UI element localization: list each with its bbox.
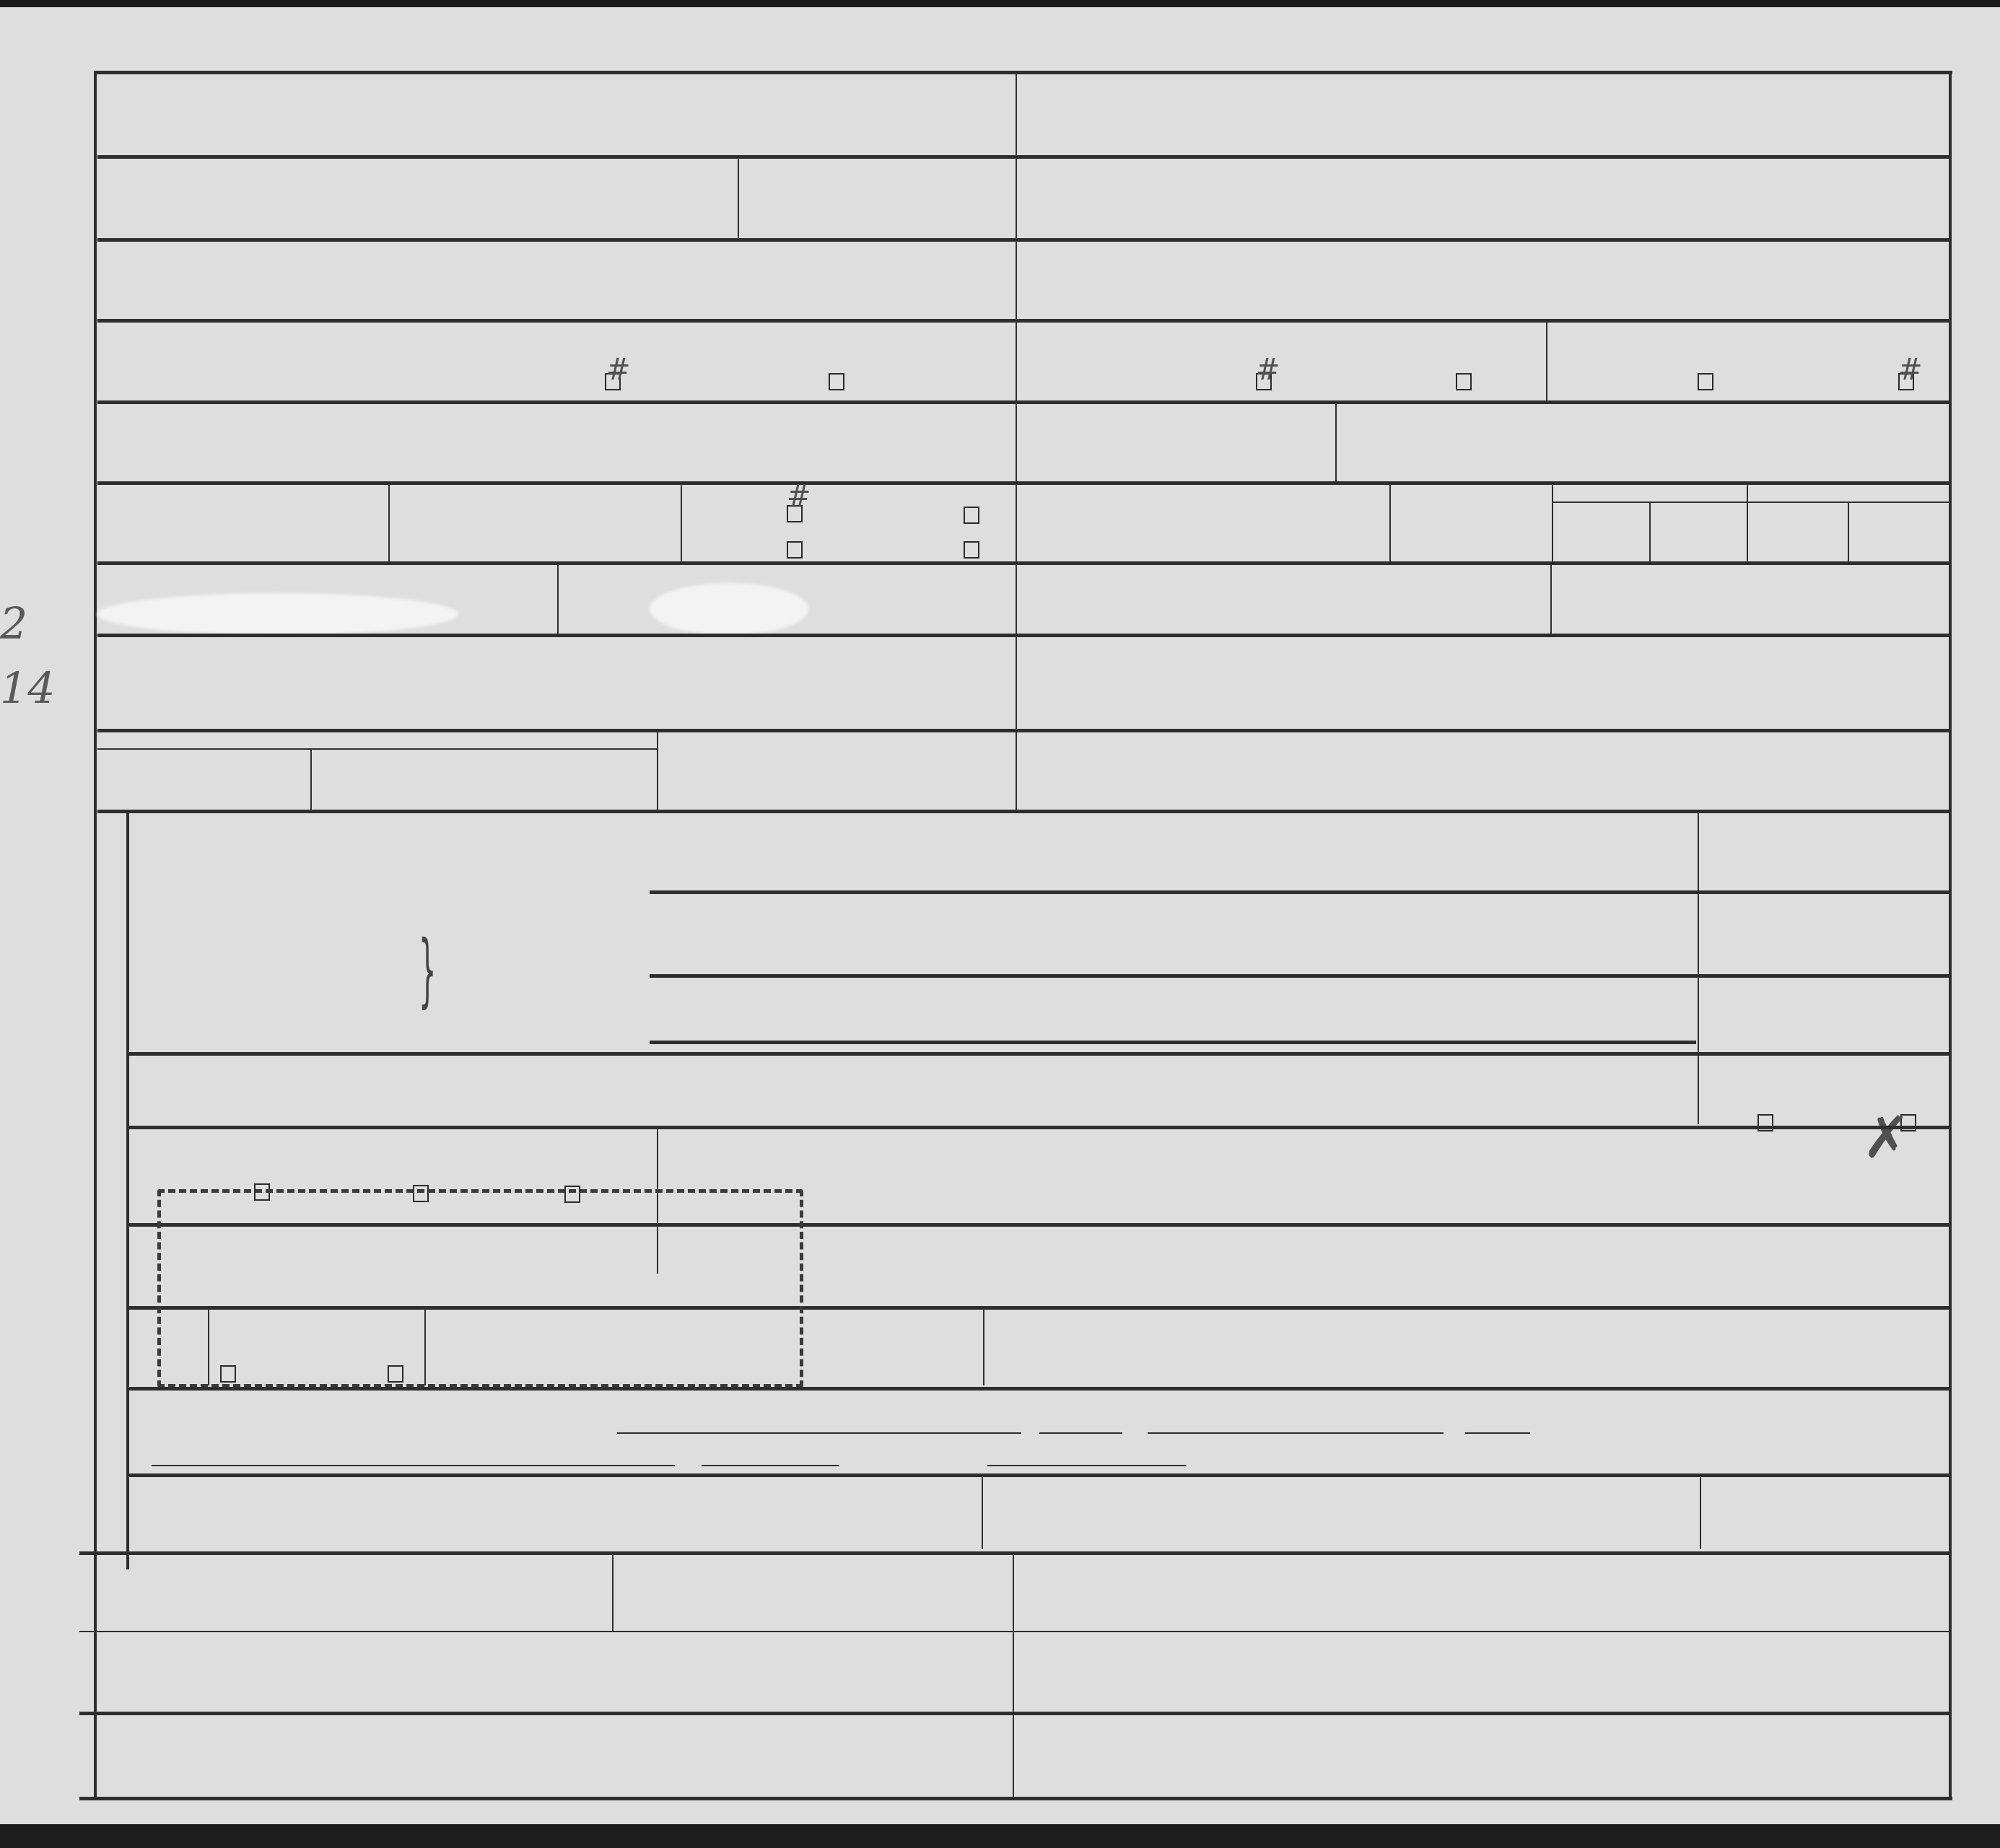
res-inside-yes-mark: #	[1256, 354, 1280, 387]
frame-right	[1949, 72, 1952, 1800]
farm-yes-checkbox[interactable]	[1698, 373, 1713, 390]
row-divider	[97, 810, 1949, 813]
row-divider	[97, 155, 1949, 159]
row-divider	[79, 1712, 1949, 1715]
cell-divider	[681, 482, 682, 563]
cell-divider	[1546, 320, 1547, 401]
on-line	[152, 1465, 675, 1466]
res-inside-no-checkbox[interactable]	[1456, 373, 1472, 390]
cause-a-line	[650, 890, 1949, 894]
column-divider	[1016, 71, 1017, 810]
to-line	[1148, 1432, 1444, 1434]
medical-section-border	[126, 812, 129, 1569]
cell-divider	[1552, 482, 1553, 563]
received-stamp	[157, 1189, 803, 1388]
frame-bottom	[79, 1797, 1952, 1800]
married-mark: #	[787, 480, 811, 513]
year-line	[702, 1465, 839, 1466]
row-divider	[97, 238, 1949, 242]
row-divider	[97, 561, 1949, 565]
cell-divider	[388, 482, 390, 563]
cell-divider	[657, 729, 658, 810]
pod-no-checkbox[interactable]	[829, 373, 844, 390]
cell-divider	[738, 157, 739, 238]
row-divider	[97, 481, 1949, 485]
row-divider	[128, 1126, 1949, 1129]
never-married-checkbox[interactable]	[964, 507, 979, 524]
cell-divider	[1013, 1553, 1014, 1798]
divorced-checkbox[interactable]	[964, 541, 979, 559]
interval-divider	[1698, 812, 1699, 1086]
scan-edge-bottom	[0, 1824, 2000, 1848]
margin-note-left: 2	[0, 599, 27, 649]
brace-icon: }	[419, 924, 437, 1016]
cell-divider	[1335, 401, 1337, 483]
margin-note-left-2: 14	[0, 664, 55, 714]
farm-no-mark: #	[1898, 354, 1923, 387]
cause-c-line	[650, 1041, 1696, 1044]
row-divider	[128, 1387, 1949, 1391]
row-divider	[97, 634, 1949, 637]
cell-divider	[1698, 1052, 1699, 1124]
cell-divider	[983, 1306, 984, 1385]
cell-divider	[1550, 563, 1552, 634]
frame-top	[94, 71, 1952, 74]
from-line	[617, 1432, 1021, 1434]
cell-divider	[1848, 502, 1849, 563]
pod-yes-mark: #	[606, 354, 631, 387]
cell-divider	[1389, 482, 1391, 563]
row-divider	[97, 729, 1949, 732]
year-line	[1039, 1432, 1122, 1434]
autopsy-no-mark: ✗	[1862, 1104, 1911, 1171]
cell-divider	[310, 749, 312, 810]
widowed-checkbox[interactable]	[787, 541, 803, 559]
row-divider	[128, 1052, 1949, 1056]
cell-divider	[1649, 502, 1651, 563]
row-divider	[128, 1473, 1949, 1477]
sub-divider	[97, 748, 657, 750]
correction-fluid	[97, 593, 458, 635]
cell-divider	[982, 1473, 983, 1549]
time-line	[987, 1465, 1186, 1466]
row-divider	[79, 1551, 1949, 1555]
scan-edge-top	[0, 0, 2000, 7]
cause-b-line	[650, 974, 1949, 978]
row-divider	[97, 400, 1949, 404]
correction-fluid	[650, 583, 808, 635]
cell-divider	[612, 1553, 613, 1632]
frame-left	[94, 71, 97, 1799]
row-divider	[97, 319, 1949, 323]
year-line	[1465, 1432, 1530, 1434]
cell-divider	[557, 563, 559, 634]
row-divider	[79, 1631, 1949, 1632]
cell-divider	[1747, 482, 1748, 563]
cell-divider	[1700, 1473, 1701, 1549]
